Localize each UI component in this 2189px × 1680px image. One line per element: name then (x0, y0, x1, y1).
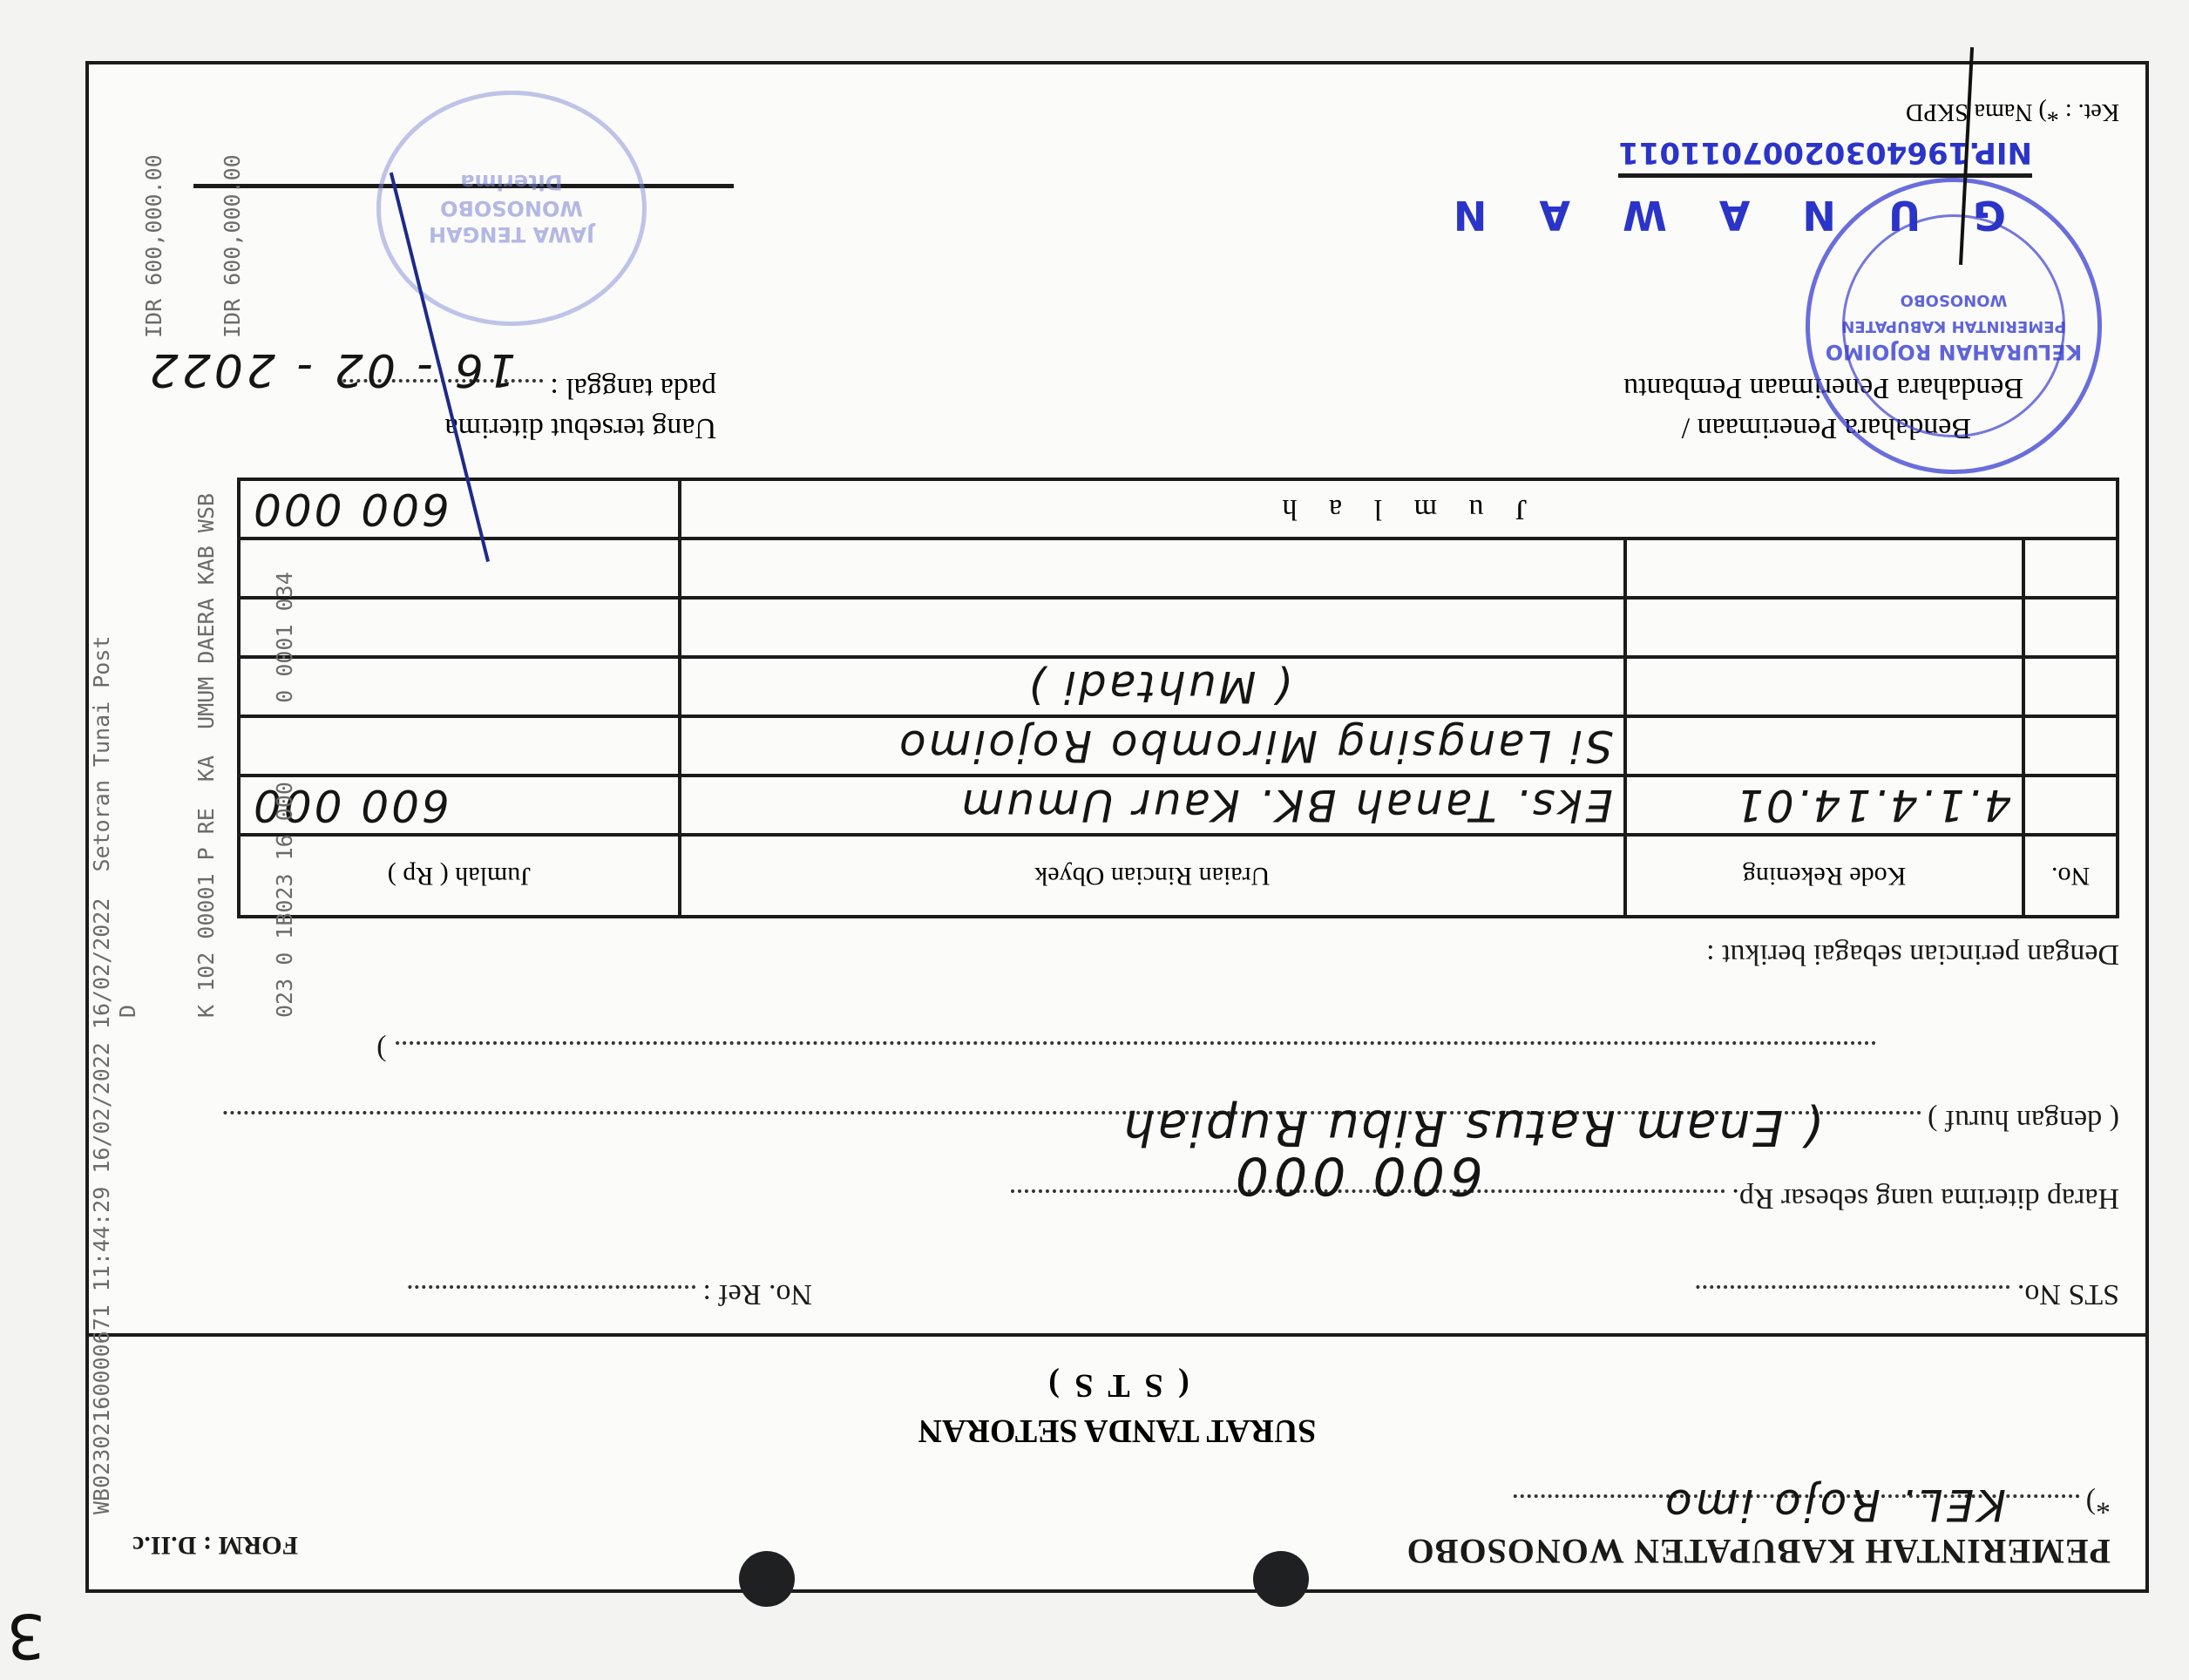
total-row: J u m l a h 600 000 (239, 479, 2118, 539)
row-no (2023, 776, 2118, 835)
row-uraian: Eks. Tanah BK. Kaur Umum (680, 776, 1625, 835)
closing-paren: ) (376, 1034, 386, 1067)
form-code: FORM : D.II.c (132, 1530, 298, 1560)
row-kode (1625, 539, 2023, 598)
row-kode: 4.1.4.14.01 (1625, 776, 2023, 835)
table-row (239, 539, 2118, 598)
bank-validation-codes: D K 102 00001 P RE KA UMUM DAERA KAB WSB… (63, 493, 350, 1018)
document-title: SURAT TANDA SETORAN (89, 1412, 2145, 1450)
document-subtitle: ( S T S ) (89, 1366, 2145, 1405)
rincian-table: No. Kode Rekening Uraian Rincian Obyek J… (237, 478, 2119, 918)
table-row: Si Langsing Mirombo Rojoimo (239, 716, 2118, 776)
treasurer-nip: NIP.19640302007011011 (1618, 135, 2032, 178)
dengan-huruf-label: ( dengan huruf ) (1928, 1104, 2119, 1136)
treasurer-name: G U N A W A N (1434, 192, 2006, 239)
terbilang-handwritten: ( Enam Ratus Ribu Rupiah (1122, 1099, 1823, 1155)
date-handwritten: 16 - 02 - 2022 (146, 343, 516, 396)
validation-codes-2: K 102 00001 P RE KA UMUM DAERA KAB WSB (193, 493, 220, 1018)
validation-codes-1: D (115, 493, 141, 1018)
row-no (2023, 539, 2118, 598)
table-row (239, 598, 2118, 657)
form-frame: PEMERINTAH KABUPATEN WONOSOBO FORM : D.I… (85, 61, 2149, 1593)
harap-label: Harap diterima uang sebesar Rp. (1732, 1182, 2119, 1215)
skpd-handwritten: KEL. Rojo imo (1662, 1480, 2006, 1530)
row-uraian (680, 598, 1625, 657)
sts-document-rotated: PEMERINTAH KABUPATEN WONOSOBO FORM : D.I… (0, 0, 2189, 1680)
validation-amount-1: IDR 600,000.00 (141, 154, 167, 338)
bank-stamp-outer-text: JAWA TENGAH (429, 221, 594, 247)
sts-no-dots (1696, 1285, 2009, 1310)
validation-amount-2: IDR 600,000.00 (220, 154, 246, 338)
validation-codes-3: 023 0 1B023 16 000 0 0001 034 (272, 493, 298, 1018)
sts-no-field: STS No. (1696, 1277, 2119, 1311)
bank-stamp-text: JAWA TENGAH WONOSOBO Diterima (429, 169, 594, 247)
table-row: ( Muhtadi ) (239, 657, 2118, 716)
government-name: PEMERINTAH KABUPATEN WONOSOBO (1406, 1531, 2111, 1572)
row-no (2023, 657, 2118, 716)
perincian-label: Dengan perincian sebagai berikut : (1706, 938, 2119, 971)
no-ref-label: No. Ref : (702, 1278, 812, 1311)
total-label: J u m l a h (680, 479, 2118, 539)
row-kode (1625, 598, 2023, 657)
footnote: Ket. : *) Nama SKPD (1906, 98, 2119, 125)
no-ref-dots (408, 1285, 695, 1310)
table-row: 4.1.4.14.01 Eks. Tanah BK. Kaur Umum 600… (239, 776, 2118, 835)
form-header: PEMERINTAH KABUPATEN WONOSOBO FORM : D.I… (89, 1333, 2145, 1589)
page-number: 3 (6, 1600, 45, 1671)
bank-validation-amount: IDR 600,000.00 IDR 600,000.00 (89, 154, 298, 338)
header-uraian: Uraian Rincian Obyek (680, 835, 1625, 917)
row-uraian: ( Muhtadi ) (680, 657, 1625, 716)
bank-stamp-inner-text: WONOSOBO (429, 195, 594, 221)
header-no: No. (2023, 835, 2118, 917)
row-kode (1625, 716, 2023, 776)
header-kode-rekening: Kode Rekening (1625, 835, 2023, 917)
terbilang-dots-2 (394, 1041, 1875, 1066)
bank-stamp-top-text: Diterima (429, 169, 594, 195)
bank-stamp: JAWA TENGAH WONOSOBO Diterima (376, 91, 647, 326)
row-no (2023, 716, 2118, 776)
harap-field: Harap diterima uang sebesar Rp. (1010, 1182, 2119, 1215)
row-kode (1625, 657, 2023, 716)
date-label: pada tanggal : (550, 372, 716, 404)
row-uraian (680, 539, 1625, 598)
kelurahan-stamp-ring (1842, 214, 2065, 437)
terbilang-continuation: ) (376, 1033, 1875, 1067)
no-ref-field: No. Ref : (408, 1277, 812, 1311)
table-header-row: No. Kode Rekening Uraian Rincian Obyek J… (239, 835, 2118, 917)
sts-no-label: STS No. (2017, 1278, 2119, 1311)
skpd-marker: *) (2086, 1487, 2111, 1520)
row-uraian: Si Langsing Mirombo Rojoimo (680, 716, 1625, 776)
received-label: Uang tersebut diterima (342, 408, 716, 448)
row-no (2023, 598, 2118, 657)
